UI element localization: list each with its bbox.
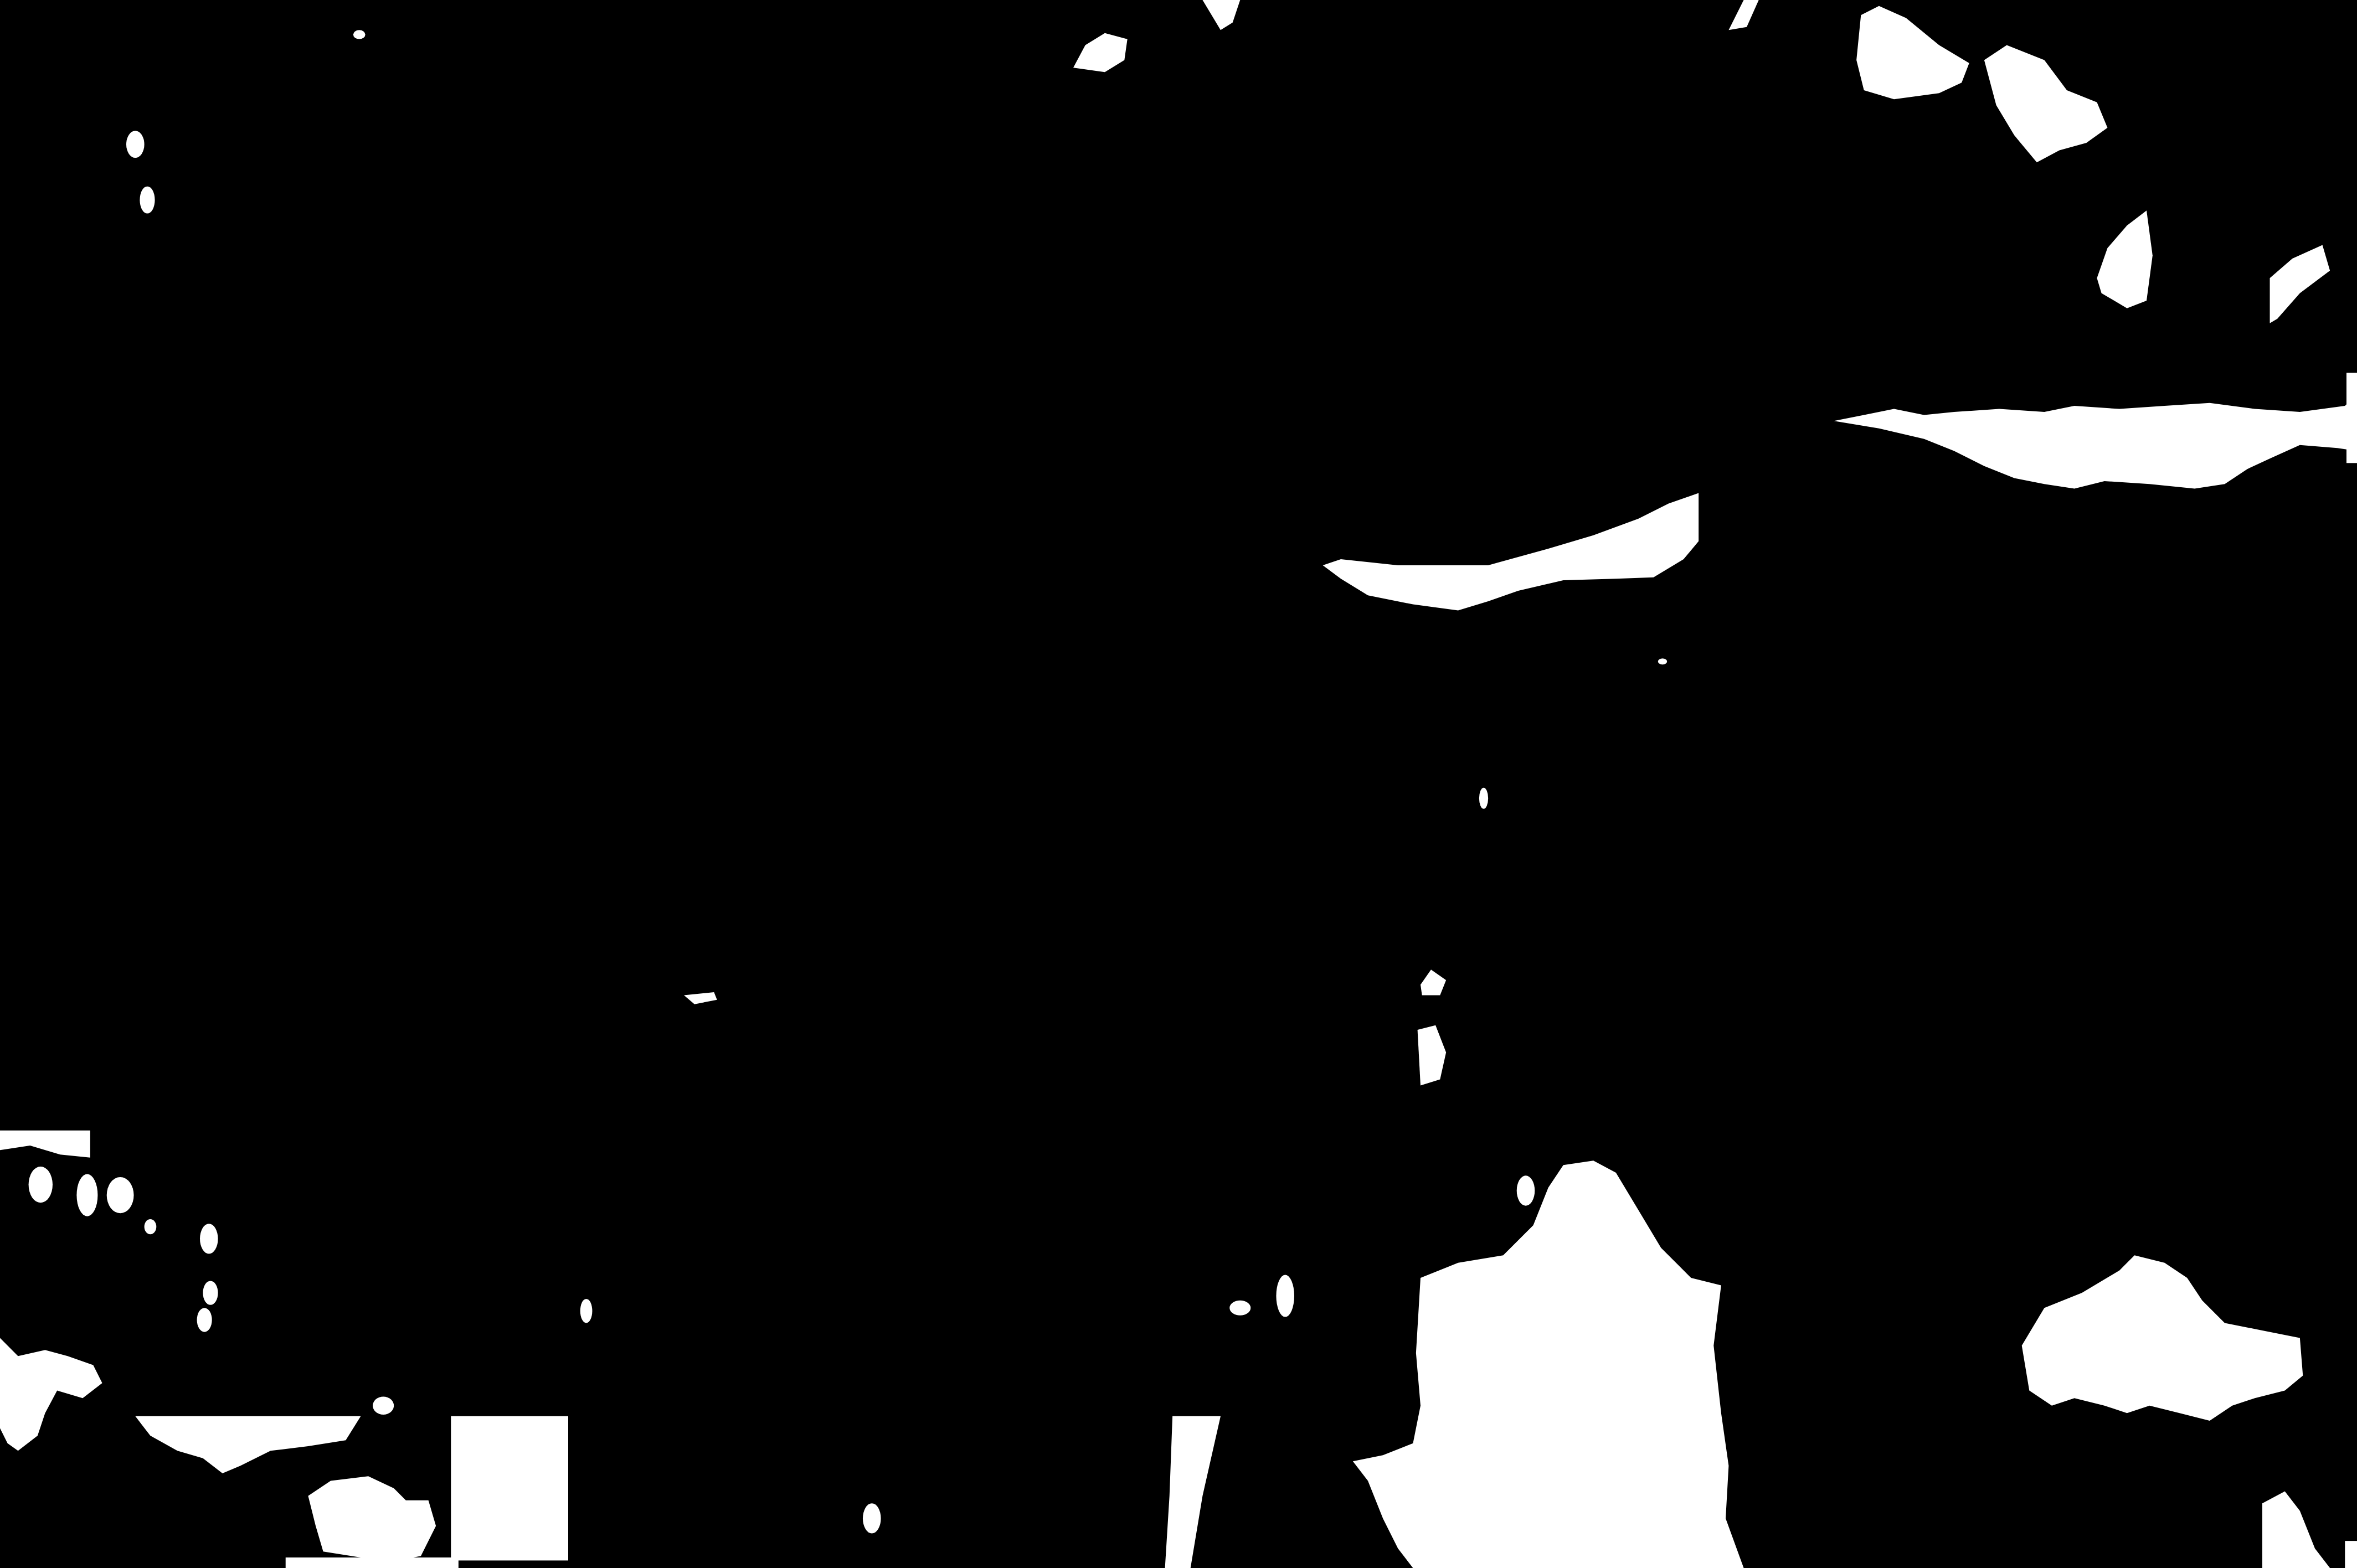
mask-background bbox=[0, 0, 2357, 1568]
segmentation-mask bbox=[0, 0, 2357, 1568]
